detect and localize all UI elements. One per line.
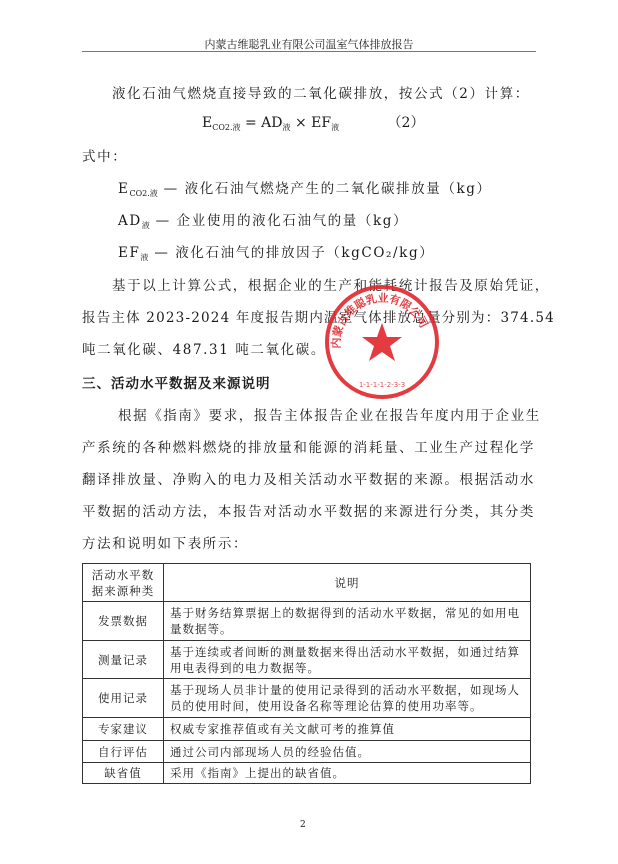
- where-label: 式中：: [82, 145, 127, 165]
- table-row: 发票数据 基于财务结算票据上的数据得到的活动水平数据，常见的如用电量数据等。: [83, 602, 531, 641]
- activity-data-table: 活动水平数据来源种类 说明 发票数据 基于财务结算票据上的数据得到的活动水平数据…: [82, 563, 531, 784]
- table-row: 测量记录 基于连续或者间断的测量数据来得出活动水平数据，如通过结算用电表得到的电…: [83, 641, 531, 679]
- svg-text:1-1-1-1-2-3-3: 1-1-1-1-2-3-3: [359, 381, 405, 389]
- table-header-row: 活动水平数据来源种类 说明: [83, 564, 531, 602]
- paragraph-intro: 液化石油气燃烧直接导致的二氧化碳排放，按公式（2）计算：: [112, 82, 530, 102]
- header-cell-desc: 说明: [164, 564, 531, 602]
- formula: ECO2.液 = AD液 × EF液 （2）: [202, 112, 424, 133]
- section-title: 三、活动水平数据及来源说明: [82, 372, 271, 392]
- paragraph-guide-line4: 平数据的活动方法，本报告对活动水平数据的来源进行分类，其分类: [82, 500, 535, 520]
- header-divider: [82, 51, 536, 52]
- paragraph-summary-line2: 报告主体 2023-2024 年度报告期内温室气体排放总量分别为：374.54: [82, 306, 555, 326]
- formula-number: （2）: [388, 115, 425, 131]
- paragraph-guide-line1: 根据《指南》要求，报告主体报告企业在报告年度内用于企业生: [118, 404, 541, 424]
- paragraph-guide-line2: 产系统的各种燃料燃烧的排放量和能源的消耗量、工业生产过程化学: [82, 436, 535, 456]
- table-row: 缺省值 采用《指南》上提出的缺省值。: [83, 763, 531, 784]
- table-row: 自行评估 通过公司内部现场人员的经验估值。: [83, 741, 531, 763]
- paragraph-guide-line3: 翻译排放量、净购入的电力及相关活动水平数据的来源。根据活动水: [82, 468, 535, 488]
- paragraph-guide-line5: 方法和说明如下表所示：: [82, 532, 248, 552]
- definition-e: ECO2.液 — 液化石油气燃烧产生的二氧化碳排放量（kg）: [118, 177, 492, 199]
- definition-ad: AD液 — 企业使用的液化石油气的量（kg）: [118, 209, 408, 231]
- company-seal-icon: 内蒙古维聪乳业有限公司 1-1-1-1-2-3-3: [323, 283, 441, 401]
- definition-ef: EF液 — 液化石油气的排放因子（kgCO₂/kg）: [118, 241, 434, 263]
- page-header: 内蒙古维聪乳业有限公司温室气体排放报告: [82, 36, 536, 52]
- table-row: 专家建议 权威专家推荐值或有关文献可考的推算值: [83, 718, 531, 741]
- header-cell-type: 活动水平数据来源种类: [83, 564, 164, 602]
- paragraph-summary-line3: 吨二氧化碳、487.31 吨二氧化碳。: [82, 338, 326, 358]
- table-row: 使用记录 基于现场人员非计量的使用记录得到的活动水平数据，如现场人员的使用时间，…: [83, 679, 531, 718]
- page-number: 2: [300, 820, 306, 830]
